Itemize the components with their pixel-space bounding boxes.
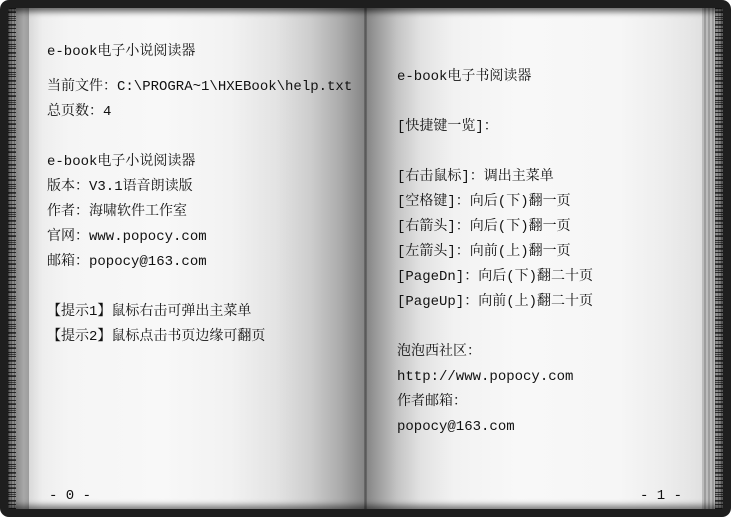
book-spread: e-book电子小说阅读器当前文件：C:\PROGRA~1\HXEBook\he… — [8, 8, 723, 509]
right-page-number: - 1 - — [640, 485, 682, 507]
left-page[interactable]: e-book电子小说阅读器当前文件：C:\PROGRA~1\HXEBook\he… — [29, 8, 364, 509]
text-line: 【提示1】鼠标右击可弹出主菜单 — [47, 300, 360, 325]
text-line: 版本：V3.1语音朗读版 — [47, 175, 360, 200]
text-line: e-book电子书阅读器 — [397, 65, 698, 90]
left-page-edge[interactable] — [16, 8, 29, 509]
right-page[interactable]: e-book电子书阅读器[快捷键一览]：[右击鼠标]：调出主菜单[空格键]：向后… — [367, 8, 702, 509]
right-page-content: e-book电子书阅读器[快捷键一览]：[右击鼠标]：调出主菜单[空格键]：向后… — [367, 8, 702, 440]
text-line: 总页数：4 — [47, 100, 360, 125]
text-line: [右箭头]：向后(下)翻一页 — [397, 215, 698, 240]
text-line: http://www.popocy.com — [397, 365, 698, 390]
text-line: [PageUp]：向前(上)翻二十页 — [397, 290, 698, 315]
text-line: 作者邮箱： — [397, 390, 698, 415]
left-page-stack-edge[interactable] — [8, 8, 16, 509]
text-line: [空格键]：向后(下)翻一页 — [397, 190, 698, 215]
text-line: [快捷键一览]： — [397, 115, 698, 140]
text-line: 作者：海啸软件工作室 — [47, 200, 360, 225]
text-line: popocy@163.com — [397, 415, 698, 440]
text-line — [47, 275, 360, 300]
text-line: e-book电子小说阅读器 — [47, 40, 360, 65]
text-line: 当前文件：C:\PROGRA~1\HXEBook\help.txt — [47, 75, 360, 100]
text-line: [左箭头]：向前(上)翻一页 — [397, 240, 698, 265]
text-line: 邮箱：popocy@163.com — [47, 250, 360, 275]
right-page-stack-edge[interactable] — [715, 8, 723, 509]
left-page-number: - 0 - — [49, 485, 91, 507]
left-page-content: e-book电子小说阅读器当前文件：C:\PROGRA~1\HXEBook\he… — [29, 8, 364, 350]
text-line: [右击鼠标]：调出主菜单 — [397, 165, 698, 190]
text-line — [47, 125, 360, 150]
text-line: 官网：www.popocy.com — [47, 225, 360, 250]
text-line: 泡泡西社区： — [397, 340, 698, 365]
text-line: 【提示2】鼠标点击书页边缘可翻页 — [47, 325, 360, 350]
text-line — [397, 140, 698, 165]
right-page-edge[interactable] — [702, 8, 715, 509]
text-line: [PageDn]：向后(下)翻二十页 — [397, 265, 698, 290]
text-line: e-book电子小说阅读器 — [47, 150, 360, 175]
text-line — [397, 90, 698, 115]
ebook-reader-window: e-book电子小说阅读器当前文件：C:\PROGRA~1\HXEBook\he… — [0, 0, 731, 517]
text-line — [397, 315, 698, 340]
